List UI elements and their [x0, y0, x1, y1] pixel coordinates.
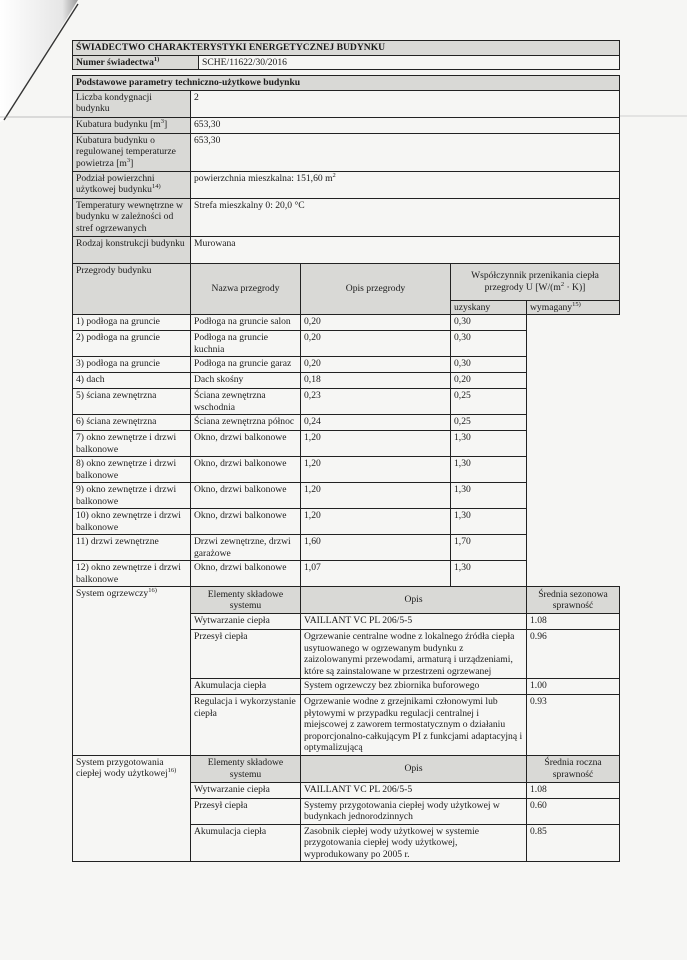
partitions-label: Przegrody budynku	[73, 263, 191, 315]
partition-description: Drzwi zewnętrzne, drzwi garażowe	[191, 535, 301, 561]
hot-water-system-element: Przesył ciepła	[191, 798, 301, 824]
hot-water-system-header-elements: Elementy składowe systemu	[191, 755, 301, 782]
param-value: 653,30	[191, 133, 620, 171]
partition-u-obtained: 1,20	[301, 483, 451, 509]
partition-row: 5) ściana zewnętrznaŚciana zewnętrzna ws…	[73, 389, 620, 415]
partitions-header-description: Opis przegrody	[301, 263, 451, 315]
partition-u-required: 1,30	[451, 431, 527, 457]
partition-description: Okno, drzwi balkonowe	[191, 561, 301, 587]
heating-system-efficiency: 1.00	[527, 679, 620, 695]
partition-u-obtained: 1,07	[301, 561, 451, 587]
param-row: Kubatura budynku [m3] 653,30	[73, 117, 620, 133]
heating-system-element: Przesył ciepła	[191, 630, 301, 679]
partition-row: 4) dachDach skośny0,180,20	[73, 373, 620, 389]
partition-name: 7) okno zewnętrze i drzwi balkonowe	[73, 431, 191, 457]
partition-description: Podłoga na gruncie salon	[191, 315, 301, 331]
param-value: Strefa mieszkalny 0: 20,0 °C	[191, 198, 620, 236]
partition-description: Ściana zewnętrzna wschodnia	[191, 389, 301, 415]
partition-row: 8) okno zewnętrze i drzwi balkonoweOkno,…	[73, 457, 620, 483]
partition-description: Dach skośny	[191, 373, 301, 389]
partition-name: 9) okno zewnętrze i drzwi balkonowe	[73, 483, 191, 509]
partition-row: 9) okno zewnętrze i drzwi balkonoweOkno,…	[73, 483, 620, 509]
param-label: Temperatury wewnętrzne w budynku w zależ…	[73, 198, 191, 236]
partition-u-obtained: 1,20	[301, 457, 451, 483]
systems-table: System ogrzewczy16)Elementy składowe sys…	[72, 586, 620, 862]
heating-system-element: Regulacja i wykorzystanie ciepła	[191, 695, 301, 756]
section-title: Podstawowe parametry techniczno-użytkowe…	[73, 76, 620, 91]
partitions-header-required: wymagany15)	[527, 300, 620, 315]
partition-u-required: 0,30	[451, 331, 527, 357]
param-row: Kubatura budynku o regulowanej temperatu…	[73, 133, 620, 171]
partition-u-obtained: 0,20	[301, 331, 451, 357]
partition-u-obtained: 1,20	[301, 509, 451, 535]
partition-u-obtained: 0,20	[301, 315, 451, 331]
param-row: Liczba kondygnacji budynku 2	[73, 90, 620, 117]
param-row: Rodzaj konstrukcji budynku Murowana	[73, 236, 620, 263]
partitions-header-obtained: uzyskany	[451, 300, 527, 315]
heating-system-description: Ogrzewanie centralne wodne z lokalnego ź…	[301, 630, 527, 679]
param-row: Podział powierzchni użytkowej budynku14)…	[73, 171, 620, 198]
partition-row: 12) okno zewnętrze i drzwi balkonoweOkno…	[73, 561, 620, 587]
partition-u-obtained: 0,24	[301, 415, 451, 431]
param-label: Liczba kondygnacji budynku	[73, 90, 191, 117]
partition-u-obtained: 0,23	[301, 389, 451, 415]
partition-row: 10) okno zewnętrze i drzwi balkonoweOkno…	[73, 509, 620, 535]
partition-u-required: 0,25	[451, 389, 527, 415]
partition-u-required: 1,30	[451, 457, 527, 483]
building-parameters-table: Podstawowe parametry techniczno-użytkowe…	[72, 75, 620, 587]
partition-row: 6) ściana zewnętrznaŚciana zewnętrzna pó…	[73, 415, 620, 431]
partition-u-required: 1,70	[451, 535, 527, 561]
partition-description: Okno, drzwi balkonowe	[191, 457, 301, 483]
partition-u-required: 0,30	[451, 315, 527, 331]
partition-name: 3) podłoga na gruncie	[73, 357, 191, 373]
param-label: Podział powierzchni użytkowej budynku14)	[73, 171, 191, 198]
partition-description: Podłoga na gruncie kuchnia	[191, 331, 301, 357]
param-value: 2	[191, 90, 620, 117]
partition-description: Okno, drzwi balkonowe	[191, 509, 301, 535]
hot-water-system-label: System przygotowania ciepłej wody użytko…	[73, 755, 191, 862]
partition-u-required: 1,30	[451, 561, 527, 587]
partition-name: 4) dach	[73, 373, 191, 389]
hot-water-system-description: VAILLANT VC PL 206/5-5	[301, 782, 527, 798]
hot-water-system-header-description: Opis	[301, 755, 527, 782]
partition-u-required: 0,30	[451, 357, 527, 373]
heating-system-header-elements: Elementy składowe systemu	[191, 587, 301, 614]
heating-system-element: Wytwarzanie ciepła	[191, 614, 301, 630]
param-value: Murowana	[191, 236, 620, 263]
heating-system-header-description: Opis	[301, 587, 527, 614]
partition-name: 1) podłoga na gruncie	[73, 315, 191, 331]
energy-certificate-page: ŚWIADECTWO CHARAKTERYSTYKI ENERGETYCZNEJ…	[72, 40, 620, 862]
partition-name: 6) ściana zewnętrzna	[73, 415, 191, 431]
partition-description: Ściana zewnętrzna północ	[191, 415, 301, 431]
param-value: 653,30	[191, 117, 620, 133]
partition-row: 7) okno zewnętrze i drzwi balkonoweOkno,…	[73, 431, 620, 457]
partitions-header-u: Współczynnik przenikania ciepła przegrod…	[451, 263, 620, 300]
heating-system-efficiency: 0.93	[527, 695, 620, 756]
heating-system-description: VAILLANT VC PL 206/5-5	[301, 614, 527, 630]
partition-row: 2) podłoga na grunciePodłoga na gruncie …	[73, 331, 620, 357]
partition-name: 5) ściana zewnętrzna	[73, 389, 191, 415]
heating-system-description: System ogrzewczy bez zbiornika buforoweg…	[301, 679, 527, 695]
certificate-number-value: SCHE/11622/30/2016	[199, 55, 620, 70]
heating-system-element: Akumulacja ciepła	[191, 679, 301, 695]
param-label: Rodzaj konstrukcji budynku	[73, 236, 191, 263]
partition-description: Podłoga na gruncie garaz	[191, 357, 301, 373]
certificate-header: ŚWIADECTWO CHARAKTERYSTYKI ENERGETYCZNEJ…	[72, 40, 620, 70]
certificate-title: ŚWIADECTWO CHARAKTERYSTYKI ENERGETYCZNEJ…	[73, 41, 620, 56]
param-row: Temperatury wewnętrzne w budynku w zależ…	[73, 198, 620, 236]
partition-name: 8) okno zewnętrze i drzwi balkonowe	[73, 457, 191, 483]
hot-water-system-description: Zasobnik ciepłej wody użytkowej w system…	[301, 824, 527, 862]
heating-system-efficiency: 1.08	[527, 614, 620, 630]
certificate-number-label: Numer świadectwa1)	[73, 55, 199, 70]
partition-u-obtained: 0,20	[301, 357, 451, 373]
param-value: powierzchnia mieszkalna: 151,60 m2	[191, 171, 620, 198]
hot-water-system-element: Wytwarzanie ciepła	[191, 782, 301, 798]
partition-u-obtained: 1,20	[301, 431, 451, 457]
partition-u-required: 0,20	[451, 373, 527, 389]
heating-system-label: System ogrzewczy16)	[73, 587, 191, 756]
partition-description: Okno, drzwi balkonowe	[191, 483, 301, 509]
partition-name: 11) drzwi zewnętrzne	[73, 535, 191, 561]
param-label: Kubatura budynku [m3]	[73, 117, 191, 133]
partition-name: 2) podłoga na gruncie	[73, 331, 191, 357]
hot-water-system-efficiency: 0.85	[527, 824, 620, 862]
hot-water-system-efficiency: 0.60	[527, 798, 620, 824]
partition-u-required: 1,30	[451, 483, 527, 509]
hot-water-system-description: Systemy przygotowania ciepłej wody użytk…	[301, 798, 527, 824]
param-label: Kubatura budynku o regulowanej temperatu…	[73, 133, 191, 171]
hot-water-system-efficiency: 1.08	[527, 782, 620, 798]
partition-u-required: 1,30	[451, 509, 527, 535]
heating-system-efficiency: 0.96	[527, 630, 620, 679]
partition-name: 10) okno zewnętrze i drzwi balkonowe	[73, 509, 191, 535]
partition-row: 3) podłoga na grunciePodłoga na gruncie …	[73, 357, 620, 373]
partition-u-required: 0,25	[451, 415, 527, 431]
partition-description: Okno, drzwi balkonowe	[191, 431, 301, 457]
partition-row: 11) drzwi zewnętrzneDrzwi zewnętrzne, dr…	[73, 535, 620, 561]
hot-water-system-element: Akumulacja ciepła	[191, 824, 301, 862]
partition-u-obtained: 1,60	[301, 535, 451, 561]
hot-water-system-header-efficiency: Średnia roczna sprawność	[527, 755, 620, 782]
heating-system-description: Ogrzewanie wodne z grzejnikami członowym…	[301, 695, 527, 756]
partition-row: 1) podłoga na grunciePodłoga na gruncie …	[73, 315, 620, 331]
partitions-header-name: Nazwa przegrody	[191, 263, 301, 315]
heating-system-header-efficiency: Średnia sezonowa sprawność	[527, 587, 620, 614]
partition-u-obtained: 0,18	[301, 373, 451, 389]
partition-name: 12) okno zewnętrze i drzwi balkonowe	[73, 561, 191, 587]
